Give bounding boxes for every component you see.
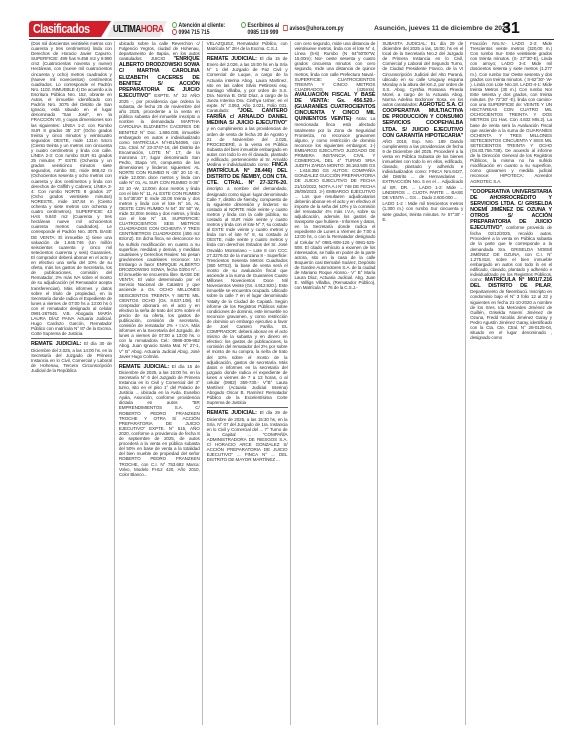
column-6: Fracción Nro.IV.- LADO 2-3: Mide Trescie… [468,41,554,725]
classifieds-columns: (Dos mil doscientos veintiséis metros co… [29,41,554,725]
notice-title: REMATE JUDICIAL: [207,410,257,416]
contact-attention: Atención al cliente: 0994 715 715 [172,22,225,36]
contact-write: Escríbinos al 0985 119 999 [241,22,279,36]
contact-email[interactable]: avisos@uhora.com.py [283,25,344,32]
notice-divider [31,338,112,339]
notice: "COOPERATIVA UNIVERSITARIA DE AHORROCRÉD… [470,189,552,341]
notice-text: LADO 1-2 : Mide mil trescientos metros (… [382,201,463,221]
notice: REMATE JUDICIAL: El día 15 de Diciembre … [119,364,200,477]
notice-title: REMATE JUDICIAL: [31,341,81,347]
column-3: VELAZQUEZ, Rematador Público, con Matríc… [205,41,291,725]
phone-icon [172,29,177,35]
notice-divider [207,53,288,54]
envelope-icon [283,25,288,31]
notice: REMATE JUDICIAL: El día 29 de Diciembre … [207,410,288,462]
whatsapp-icon [241,22,246,28]
section-title: Clasificados [33,22,89,36]
newspaper-page: Clasificados ULTIMAHORA Atención al clie… [29,21,554,726]
whatsapp-icon [172,22,177,28]
notice-divider [119,361,200,362]
publication-date: Asunción, jueves 11 de diciembre de 2025 [374,25,510,32]
notice: ubicado sobre la calle Reverchon c/ Fulg… [119,41,200,359]
matricula-title: MATRÍCULA N° M01/7.216 DEL DISTRITO DE P… [470,277,552,289]
notice: con cero segundo, mide una distancia de … [295,41,376,291]
page-header: Clasificados ULTIMAHORA Atención al clie… [29,21,554,37]
notice-title: REMATE JUDICIAL: [119,364,169,370]
header-rule [29,39,554,40]
newspaper-logo: ULTIMAHORA [113,24,163,35]
page-number: 31 [502,20,520,38]
notice-divider [470,186,552,187]
column-1: (Dos mil doscientos veintiséis metros co… [29,41,115,725]
column-4: con cero segundo, mide una distancia de … [293,41,379,725]
notice-divider [207,407,288,408]
notice-text: (Dos mil doscientos veintiséis metros co… [31,41,112,336]
notice-title: REMATE JUDICIAL: [207,56,257,62]
column-5: SUBASTA JUDICIAL: EL día 29 de diciembre… [380,41,466,725]
notice-text: Fracción Nro.IV.- LADO 2-3: Mide Trescie… [470,41,552,184]
section-banner: Clasificados [29,21,111,37]
notice-text: VELAZQUEZ, Rematador Público, con Matríc… [207,41,288,51]
case-title: AGROTEC S.A. C/ COOPERATIVA MULTIACTIVA … [382,102,463,138]
notice: SUBASTA JUDICIAL: EL día 29 de diciembre… [382,41,463,200]
notice: REMATE JUDICIAL: El día 15 de Enero del … [207,56,288,405]
notice: REMATE JUDICIAL: El día 30 de Diciembre … [31,341,112,373]
column-2: ubicado sobre la calle Reverchon c/ Fulg… [117,41,203,725]
